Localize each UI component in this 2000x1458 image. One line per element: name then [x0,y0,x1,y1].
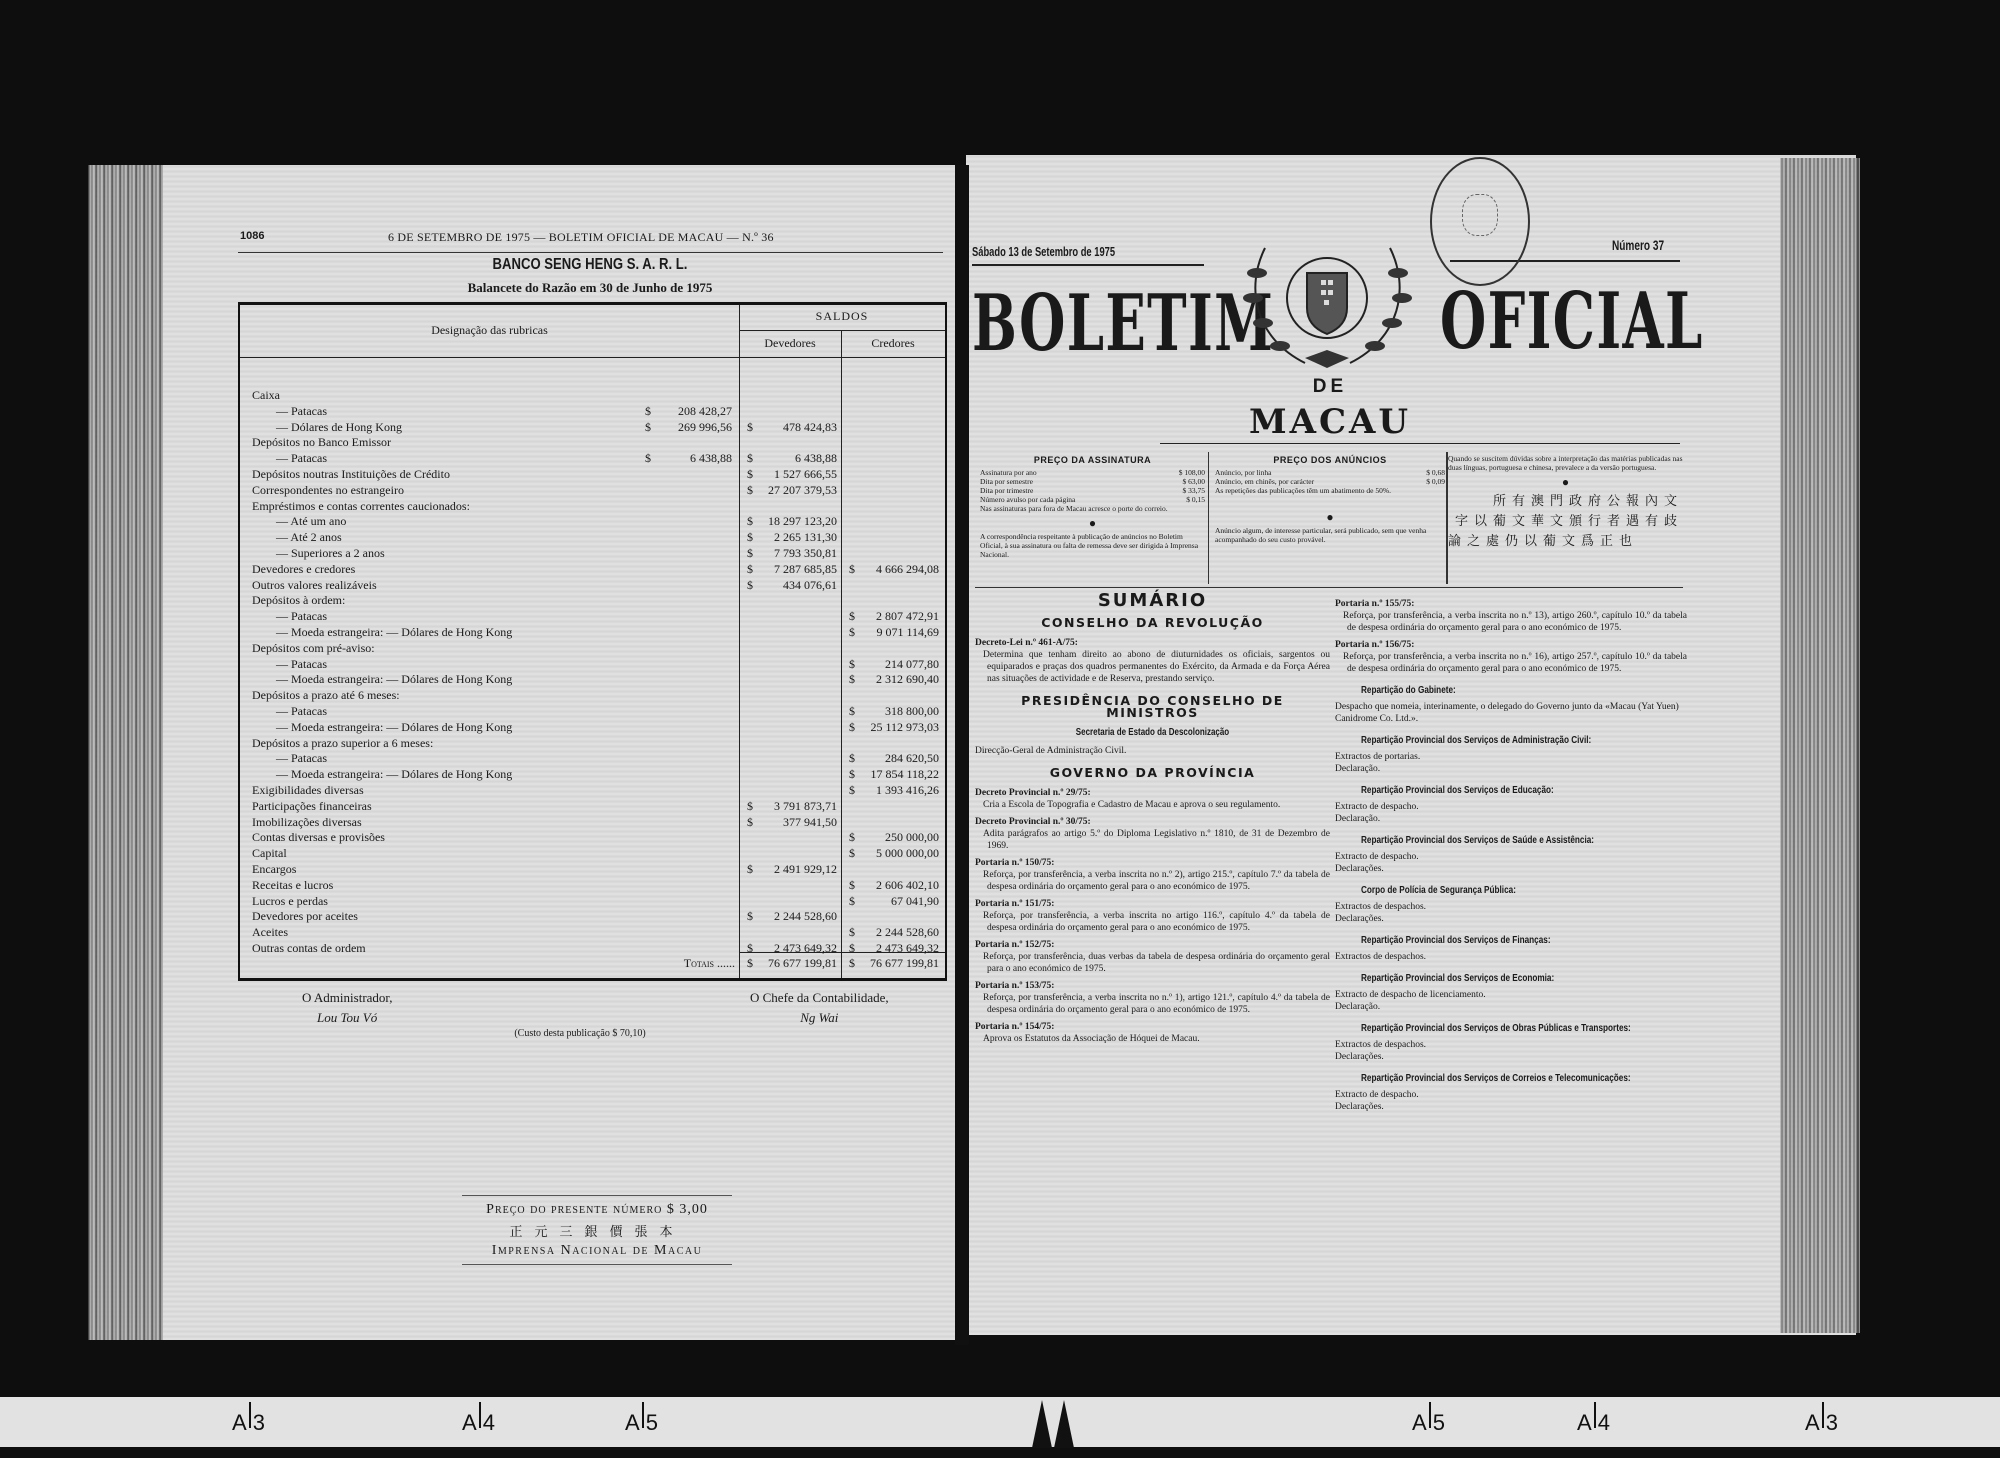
row-label: — Patacas [276,450,327,466]
ads-note: As repetições das publicações têm um aba… [1215,486,1445,495]
ads-footer: Anúncio algum, de interesse particular, … [1215,526,1445,544]
row-label: Capital [252,845,287,861]
table-row: — Patacas$284 620,50 [240,750,945,766]
table-row: Devedores por aceites$2 244 528,60 [240,908,945,924]
film-frame-mark: A4 [1577,1410,1610,1436]
row-label: Depósitos a prazo até 6 meses: [252,687,400,703]
section-line: Despacho que nomeia, interinamente, o de… [1335,701,1687,725]
table-row: — Patacas$6 438,88$6 438,88 [240,450,945,466]
row-devedores-value: 7 287 685,85 [745,561,837,577]
row-credores-value: 318 800,00 [847,703,939,719]
bank-title: BANCO SENG HENG S. A. R. L. [303,256,877,274]
price-label: Número avulso por cada página [980,495,1075,504]
item-list: Portaria n.º 155/75:Reforça, por transfe… [1335,598,1687,675]
table-row: Encargos$2 491 929,12 [240,861,945,877]
section-line: Declarações. [1335,1051,1687,1063]
issue-price: Preço do presente número $ 3,00 [462,1202,732,1218]
correspondence-note: A correspondência respeitante à publicaç… [980,532,1205,559]
table-row: — Patacas$318 800,00 [240,703,945,719]
stamp-seal [1462,194,1498,236]
item-heading: Portaria n.º 150/75: [975,857,1330,869]
signature-title: O Administrador, [302,990,392,1006]
price-line: Assinatura por ano$ 108,00 [980,468,1205,477]
section-line: Extractos de despachos. [1335,951,1687,963]
row-devedores-value: 2 473 649,32 [745,940,837,956]
row-label: Devedores e credores [252,561,355,577]
price-line: Dita por trimestre$ 33,75 [980,486,1205,495]
row-label: Depósitos a prazo superior a 6 meses: [252,735,433,751]
signature-accountant: O Chefe da Contabilidade, Ng Wai [750,990,889,1026]
section-line: Extractos de despachos. [1335,1039,1687,1051]
section-heading: Repartição do Gabinete: [1361,685,1628,697]
item-list: Decreto Provincial n.º 29/75:Cria a Esco… [975,787,1330,1045]
row-devedores-value: 1 527 666,55 [745,466,837,482]
right-page-edge [1780,158,1860,1333]
table-row: Depósitos no Banco Emissor [240,434,945,450]
row-credores-value: 9 071 114,69 [847,624,939,640]
price-value: $ 0,15 [1186,495,1205,504]
row-devedores-value: 7 793 350,81 [745,545,837,561]
row-label: — Moeda estrangeira: — Dólares de Hong K… [276,719,512,735]
row-label: — Moeda estrangeira: — Dólares de Hong K… [276,766,512,782]
table-row: Participações financeiras$3 791 873,71 [240,798,945,814]
item-heading: Portaria n.º 154/75: [975,1021,1330,1033]
row-label: Participações financeiras [252,798,372,814]
row-label: Devedores por aceites [252,908,358,924]
language-box: Quando se suscitem dúvidas sobre a inter… [1448,452,1683,584]
row-label: — Até 2 anos [276,529,342,545]
item-heading: Portaria n.º 153/75: [975,980,1330,992]
rule [462,1264,732,1265]
film-notch [1032,1400,1052,1448]
issue-price-chinese: 正元三銀價張本 [462,1221,732,1240]
section-heading: Repartição Provincial dos Serviços de Fi… [1361,935,1628,947]
masthead-boletim: BOLETIM [972,285,1274,363]
film-frame-mark: A3 [232,1410,265,1436]
left-page-edge [88,165,163,1340]
balance-table: Designação das rubricas SALDOS Devedores… [238,302,947,981]
film-notch [1054,1400,1074,1448]
item-heading: Portaria n.º 156/75: [1335,639,1687,651]
row-label: — Superiores a 2 anos [276,545,385,561]
row-credores-value: 25 112 973,03 [847,719,939,735]
row-devedores-value: 377 941,50 [745,814,837,830]
table-row: Depósitos à ordem: [240,592,945,608]
issue-date: Sábado 13 de Setembro de 1975 [972,244,1115,259]
row-label: — Patacas [276,750,327,766]
header-divider [240,357,945,358]
row-credores-value: 2 606 402,10 [847,877,939,893]
table-row: Caixa [240,387,945,403]
bullet-icon: ● [1448,478,1683,487]
issue-number: Número 37 [1612,237,1664,253]
film-frame-mark: A4 [462,1410,495,1436]
section-presidencia: PRESIDÊNCIA DO CONSELHO DE MINISTROS [975,695,1330,719]
table-row: Imobilizações diversas$377 941,50 [240,814,945,830]
column-header-saldos: SALDOS [739,309,945,324]
mark-number: 4 [1598,1410,1610,1435]
row-credores-value: 4 666 294,08 [847,561,939,577]
item-body: Reforça, por transferência, a verba insc… [1335,651,1687,675]
price-line: Anúncio, em chinês, por carácter$ 0,09 [1215,477,1445,486]
signature-name: Ng Wai [750,1010,889,1026]
item-body: Reforça, por transferência, duas verbas … [975,951,1330,975]
section-list: Repartição do Gabinete:Despacho que nome… [1335,685,1687,1113]
price-label: Dita por trimestre [980,486,1033,495]
table-row: Exigibilidades diversas$1 393 416,26 [240,782,945,798]
item-heading: Decreto Provincial n.º 30/75: [975,816,1330,828]
signature-name: Lou Tou Vó [317,1010,392,1026]
table-row: Depósitos noutras Instituições de Crédit… [240,466,945,482]
mark-letter: A [1412,1410,1427,1435]
running-header: 6 DE SETEMBRO DE 1975 — BOLETIM OFICIAL … [388,230,774,245]
table-row: — Até um ano$18 297 123,20 [240,513,945,529]
totals-label: Totais ...... [660,955,735,971]
summary-column-b: Portaria n.º 155/75:Reforça, por transfe… [1335,593,1687,1113]
row-credores-value: 2 807 472,91 [847,608,939,624]
mark-bar [479,1402,481,1428]
row-label: — Moeda estrangeira: — Dólares de Hong K… [276,624,512,640]
issue-price-box: Preço do presente número $ 3,00 正元三銀價張本 … [462,1195,732,1265]
total-credores: 76 677 199,81 [847,955,939,971]
item-heading: Portaria n.º 155/75: [1335,598,1687,610]
section-line: Extracto de despacho. [1335,851,1687,863]
column-header-devedores: Devedores [739,336,841,351]
row-devedores-value: 18 297 123,20 [745,513,837,529]
masthead-oficial: OFICIAL [1440,283,1704,361]
row-devedores-value: 27 207 379,53 [745,482,837,498]
price-label: Dita por semestre [980,477,1033,486]
item-body: Reforça, por transferência, a verba insc… [975,869,1330,893]
language-note-zh-2: 字以葡文華文頒行者遇有歧 [1448,511,1683,531]
row-label: Correspondentes no estrangeiro [252,482,404,498]
section-line: Extracto de despacho. [1335,1089,1687,1101]
subscription-lines: Assinatura por ano$ 108,00Dita por semes… [980,468,1205,504]
mark-bar [1429,1402,1431,1428]
item-heading: Portaria n.º 151/75: [975,898,1330,910]
table-row: — Patacas$208 428,27 [240,403,945,419]
table-row: Outras contas de ordem$2 473 649,32$2 47… [240,940,945,956]
row-devedores-value: 2 491 929,12 [745,861,837,877]
table-row: — Superiores a 2 anos$7 793 350,81 [240,545,945,561]
table-row: — Patacas$214 077,80 [240,656,945,672]
bullet-icon: ● [1215,513,1445,522]
publication-cost: (Custo desta publicação $ 70,10) [380,1028,780,1039]
library-stamp-icon [1430,157,1530,286]
masthead-macau: MACAU [1220,402,1440,442]
header-rule [238,252,943,253]
section-heading: Repartição Provincial dos Serviços de Ob… [1361,1023,1628,1035]
section-governo-provincia: GOVERNO DA PROVÍNCIA [975,767,1330,779]
row-aux-value: 208 428,27 [640,403,732,419]
row-credores-value: 5 000 000,00 [847,845,939,861]
summary-title: SUMÁRIO [975,595,1330,607]
film-frame-mark: A3 [1805,1410,1838,1436]
signature-title: O Chefe da Contabilidade, [750,990,889,1006]
totals-row: Totais ...... $ 76 677 199,81 $ 76 677 1… [240,955,945,971]
row-devedores-value: 478 424,83 [745,419,837,435]
row-credores-value: 2 244 528,60 [847,924,939,940]
row-label: Receitas e lucros [252,877,333,893]
subscription-box: PREÇO DA ASSINATURA Assinatura por ano$ … [980,452,1205,584]
table-row: Depósitos a prazo superior a 6 meses: [240,735,945,751]
row-label: — Até um ano [276,513,346,529]
row-label: Depósitos com pré-aviso: [252,640,375,656]
item-body: Reforça, por transferência, a verba insc… [1335,610,1687,634]
item-body: Aprova os Estatutos da Associação de Hóq… [975,1033,1330,1045]
item-body: Cria a Escola de Topografia e Cadastro d… [975,799,1330,811]
film-frame-mark: A5 [625,1410,658,1436]
row-label: Aceites [252,924,288,940]
book-gutter [955,165,969,1345]
price-label: Assinatura por ano [980,468,1037,477]
row-label: — Patacas [276,703,327,719]
table-row: — Até 2 anos$2 265 131,30 [240,529,945,545]
table-row: — Patacas$2 807 472,91 [240,608,945,624]
subsection-descolonizacao: Secretaria de Estado da Descolonização [1011,727,1295,739]
mark-letter: A [462,1410,477,1435]
table-row: Lucros e perdas$67 041,90 [240,893,945,909]
section-conselho-revolucao: CONSELHO DA REVOLUÇÃO [975,617,1330,629]
mark-letter: A [1805,1410,1820,1435]
mark-number: 5 [1433,1410,1445,1435]
mark-number: 5 [646,1410,658,1435]
table-row: — Moeda estrangeira: — Dólares de Hong K… [240,766,945,782]
price-value: $ 63,00 [1183,477,1206,486]
section-heading: Repartição Provincial dos Serviços de Co… [1361,1073,1628,1085]
mark-number: 3 [253,1410,265,1435]
language-note-zh-3: 論之處仍以葡文爲正也 [1448,531,1683,551]
section-line: Declarações. [1335,1101,1687,1113]
mark-bar [642,1402,644,1428]
section-line: Declaração. [1335,763,1687,775]
balance-subtitle: Balancete do Razão em 30 de Junho de 197… [240,280,940,296]
row-label: Depósitos no Banco Emissor [252,434,391,450]
section-heading: Corpo de Polícia de Segurança Pública: [1361,885,1628,897]
row-credores-value: 17 854 118,22 [847,766,939,782]
row-label: Exigibilidades diversas [252,782,364,798]
table-row: Receitas e lucros$2 606 402,10 [240,877,945,893]
box-divider [1208,452,1209,584]
row-label: Imobilizações diversas [252,814,362,830]
item-heading: Decreto Provincial n.º 29/75: [975,787,1330,799]
masthead-rule [1160,443,1680,444]
table-row: Depósitos a prazo até 6 meses: [240,687,945,703]
ads-lines: Anúncio, por linha$ 0,68Anúncio, em chin… [1215,468,1445,486]
table-row: Devedores e credores$7 287 685,85$4 666 … [240,561,945,577]
row-aux-value: 269 996,56 [640,419,732,435]
row-credores-value: 2 473 649,32 [847,940,939,956]
subscription-note: Nas assinaturas para fora de Macau acres… [980,504,1205,513]
section-line: Extracto de despacho de licenciamento. [1335,989,1687,1001]
row-label: Depósitos noutras Instituições de Crédit… [252,466,450,482]
column-header-designation: Designação das rubricas [240,323,739,338]
mark-number: 4 [483,1410,495,1435]
ads-box: PREÇO DOS ANÚNCIOS Anúncio, por linha$ 0… [1215,452,1445,584]
row-label: — Moeda estrangeira: — Dólares de Hong K… [276,671,512,687]
row-devedores-value: 2 265 131,30 [745,529,837,545]
section-line: Extractos de portarias. [1335,751,1687,763]
row-label: Caixa [252,387,280,403]
signature-administrator: O Administrador, Lou Tou Vó [302,990,392,1026]
language-note-zh-1: 所有澳門政府公報內文 [1448,491,1683,511]
item-heading: Portaria n.º 152/75: [975,939,1330,951]
section-heading: Repartição Provincial dos Serviços de Ec… [1361,973,1628,985]
row-devedores-value: 434 076,61 [745,577,837,593]
page-number: 1086 [240,230,264,242]
saldos-divider [739,330,945,331]
price-value: $ 0,68 [1426,468,1445,477]
row-label: Contas diversas e provisões [252,829,385,845]
item-body: Determina que tenham direito ao abono de… [975,649,1330,685]
section-line: Declarações. [1335,913,1687,925]
mark-letter: A [625,1410,640,1435]
row-credores-value: 1 393 416,26 [847,782,939,798]
row-label: Encargos [252,861,296,877]
price-line: Anúncio, por linha$ 0,68 [1215,468,1445,477]
row-label: — Patacas [276,656,327,672]
language-note: Quando se suscitem dúvidas sobre a inter… [1448,454,1683,472]
table-row: Aceites$2 244 528,60 [240,924,945,940]
ads-title: PREÇO DOS ANÚNCIOS [1215,456,1445,465]
table-row: — Moeda estrangeira: — Dólares de Hong K… [240,671,945,687]
price-line: Número avulso por cada página$ 0,15 [980,495,1205,504]
row-label: — Dólares de Hong Kong [276,419,402,435]
row-aux-value: 6 438,88 [640,450,732,466]
date-rule [972,264,1204,266]
row-credores-value: 214 077,80 [847,656,939,672]
row-devedores-value: 6 438,88 [745,450,837,466]
coat-of-arms-icon [1235,228,1420,378]
row-devedores-value: 2 244 528,60 [745,908,837,924]
film-strip [0,1397,2000,1447]
item-body: Reforça, por transferência, a verba insc… [975,992,1330,1016]
section-heading: Repartição Provincial dos Serviços de Ad… [1361,735,1628,747]
table-row: Contas diversas e provisões$250 000,00 [240,829,945,845]
mark-number: 3 [1826,1410,1838,1435]
section-line: Extractos de despachos. [1335,901,1687,913]
table-row: — Dólares de Hong Kong$269 996,56$478 42… [240,419,945,435]
section-line: Extracto de despacho. [1335,801,1687,813]
section-line: Declarações. [1335,863,1687,875]
row-credores-value: 250 000,00 [847,829,939,845]
boxes-rule [975,587,1683,588]
table-row: Outros valores realizáveis$434 076,61 [240,577,945,593]
row-devedores-value: 3 791 873,71 [745,798,837,814]
mark-letter: A [1577,1410,1592,1435]
mark-bar [1822,1402,1824,1428]
section-line: Declaração. [1335,1001,1687,1013]
row-label: — Patacas [276,403,327,419]
table-row: — Moeda estrangeira: — Dólares de Hong K… [240,719,945,735]
mark-letter: A [232,1410,247,1435]
item-body: Direcção-Geral de Administração Civil. [975,745,1330,757]
section-line: Declaração. [1335,813,1687,825]
rule [462,1195,732,1196]
price-value: $ 0,09 [1426,477,1445,486]
bullet-icon: ● [980,519,1205,528]
subscription-title: PREÇO DA ASSINATURA [980,456,1205,465]
price-value: $ 33,75 [1183,486,1206,495]
summary-column-a: SUMÁRIO CONSELHO DA REVOLUÇÃO Decreto-Le… [975,595,1330,1048]
item-body: Adita parágrafos ao artigo 5.º do Diplom… [975,828,1330,852]
row-label: Outros valores realizáveis [252,577,377,593]
section-heading: Repartição Provincial dos Serviços de Ed… [1361,785,1628,797]
printer-name: Imprensa Nacional de Macau [462,1243,732,1259]
price-line: Dita por semestre$ 63,00 [980,477,1205,486]
price-label: Anúncio, em chinês, por carácter [1215,477,1314,486]
row-label: Lucros e perdas [252,893,328,909]
section-heading: Repartição Provincial dos Serviços de Sa… [1361,835,1628,847]
item-heading: Decreto-Lei n.º 461-A/75: [975,637,1330,649]
row-label: — Patacas [276,608,327,624]
table-row: Depósitos com pré-aviso: [240,640,945,656]
column-header-credores: Credores [841,336,945,351]
row-credores-value: 67 041,90 [847,893,939,909]
table-row: Empréstimos e contas correntes caucionad… [240,498,945,514]
price-value: $ 108,00 [1179,468,1205,477]
row-credores-value: 284 620,50 [847,750,939,766]
table-row: Correspondentes no estrangeiro$27 207 37… [240,482,945,498]
masthead-de: DE [1270,376,1390,398]
row-label: Depósitos à ordem: [252,592,345,608]
item-body: Reforça, por transferência, a verba insc… [975,910,1330,934]
mark-bar [1594,1402,1596,1428]
film-frame-mark: A5 [1412,1410,1445,1436]
table-row: Capital$5 000 000,00 [240,845,945,861]
row-label: Empréstimos e contas correntes caucionad… [252,498,470,514]
mark-bar [249,1402,251,1428]
row-label: Outras contas de ordem [252,940,366,956]
price-label: Anúncio, por linha [1215,468,1271,477]
row-credores-value: 2 312 690,40 [847,671,939,687]
table-row: — Moeda estrangeira: — Dólares de Hong K… [240,624,945,640]
total-devedores: 76 677 199,81 [745,955,837,971]
